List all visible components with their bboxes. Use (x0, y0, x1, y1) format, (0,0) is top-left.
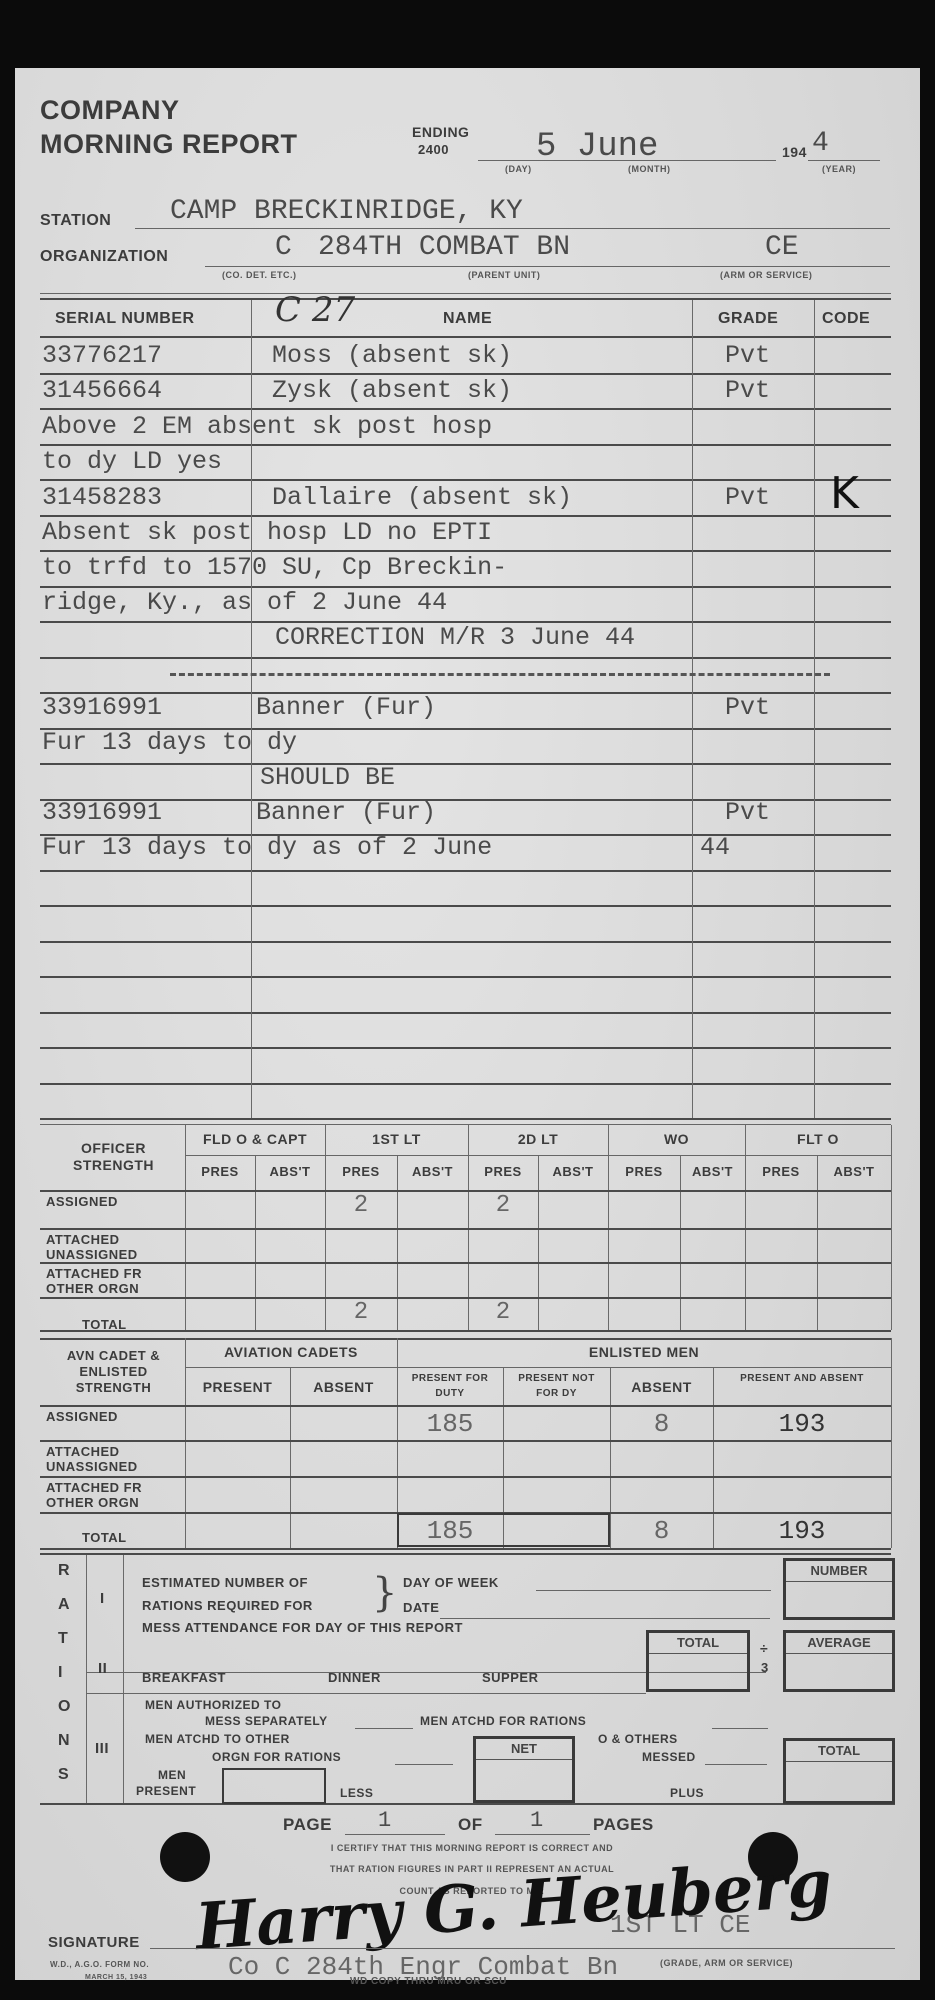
mess-total-label: TOTAL (649, 1633, 747, 1654)
men-atchd-other-label1: MEN ATCHD TO OTHER (145, 1732, 290, 1746)
others-label1: O & OTHERS (598, 1732, 678, 1746)
officer-top-rule-2 (40, 1124, 891, 1125)
entry-row-rule (40, 905, 891, 907)
entry-row-rule (40, 976, 891, 978)
officer-sub-header: ABS'T (255, 1164, 325, 1179)
row4-text: to dy LD yes (42, 447, 222, 476)
enlisted-row-label: TOTAL (82, 1530, 217, 1545)
officer-row-rule (40, 1297, 891, 1299)
punch-hole-left (160, 1832, 210, 1882)
year-caption: (YEAR) (822, 164, 856, 174)
enlisted-col-divider (891, 1338, 892, 1548)
enlisted-sub-header: ABSENT (613, 1379, 710, 1395)
divider-name-grade (692, 300, 693, 1118)
header-bottom-rule (40, 336, 891, 338)
header-name: NAME (443, 310, 492, 328)
mess-attendance-label: MESS ATTENDANCE FOR DAY OF THIS REPORT (142, 1620, 463, 1635)
average-label: AVERAGE (786, 1633, 892, 1654)
rations-top-rule (40, 1553, 891, 1555)
pages-line (495, 1834, 590, 1835)
officer-cell-value: 2 (325, 1192, 397, 1219)
rations-total-label: TOTAL (786, 1741, 892, 1762)
men-present-label1: MEN (158, 1768, 186, 1782)
officer-strength-title: OFFICER STRENGTH (42, 1140, 185, 1174)
date-value: 5 June (536, 128, 658, 166)
supper-label: SUPPER (482, 1670, 538, 1685)
enlisted-row-label: ATTACHED FR OTHER ORGN (46, 1480, 181, 1510)
men-authorized-label2: MESS SEPARATELY (205, 1714, 328, 1728)
enlisted-strength-title: AVN CADET & ENLISTED STRENGTH (42, 1348, 185, 1396)
rations-day-of-week: DAY OF WEEK (403, 1575, 499, 1590)
rations-bottom-rule (40, 1803, 895, 1805)
officer-sub-header: PRES (325, 1164, 397, 1179)
officer-row-label: ATTACHED FR OTHER ORGN (46, 1266, 181, 1296)
men-authorized-label1: MEN AUTHORIZED TO (145, 1698, 282, 1712)
enlisted-row-rule (40, 1548, 891, 1550)
enlisted-row-rule (40, 1405, 891, 1407)
divide-icon: ÷ (760, 1640, 768, 1656)
officer-col-divider (255, 1155, 256, 1330)
average-box[interactable]: AVERAGE (783, 1630, 895, 1692)
year-prefix: 194 (782, 144, 807, 160)
entry-row-rule (40, 408, 891, 410)
entry-row-rule (40, 373, 891, 375)
row9-correction: CORRECTION M/R 3 June 44 (275, 623, 635, 652)
others-label2: MESSED (642, 1750, 696, 1764)
others-messed-line (705, 1764, 767, 1765)
row13-should-be: SHOULD BE (260, 763, 395, 792)
officer-cell-value: 2 (468, 1192, 538, 1219)
entry-row-rule (40, 1047, 891, 1049)
orgn-for-rations-line (395, 1764, 453, 1765)
enlisted-cell-value: 193 (713, 1516, 891, 1546)
row5-name: Dallaire (absent sk) (272, 483, 572, 512)
rations-date: DATE (403, 1600, 439, 1615)
row11-name: Banner (Fur) (256, 693, 436, 722)
enlisted-cell-value: 193 (713, 1409, 891, 1439)
rations-side-letter: O (58, 1698, 71, 1716)
station-label: STATION (40, 212, 111, 230)
officer-sub-header: PRES (608, 1164, 680, 1179)
officer-sub-header: ABS'T (397, 1164, 468, 1179)
net-label: NET (476, 1739, 572, 1760)
day-of-week-line (536, 1590, 771, 1591)
officer-subheader-rule (185, 1155, 891, 1156)
men-present-box[interactable] (222, 1768, 326, 1804)
page-value: 1 (378, 1808, 391, 1833)
officer-row-rule (40, 1228, 891, 1230)
station-value: CAMP BRECKINRIDGE, KY (170, 196, 523, 227)
entry-row-rule (40, 479, 891, 481)
enlisted-row-rule (40, 1440, 891, 1442)
officer-group-header: FLD O & CAPT (185, 1131, 325, 1147)
officer-top-rule (40, 1118, 891, 1120)
rations-sec1-num: I (100, 1590, 105, 1607)
officer-sub-header: ABS'T (680, 1164, 745, 1179)
enlisted-total-present-box (397, 1513, 610, 1547)
men-atchd-for-rations: MEN ATCHD FOR RATIONS (420, 1714, 586, 1728)
ration-number-box[interactable]: NUMBER (783, 1558, 895, 1620)
row7-text: to trfd to 1570 SU, Cp Breckin- (42, 553, 507, 582)
rations-side-letter: T (58, 1630, 68, 1648)
signature-label: SIGNATURE (48, 1934, 140, 1951)
entry-row-rule (40, 550, 891, 552)
signature-line (150, 1948, 895, 1949)
enlisted-col-divider (290, 1367, 291, 1548)
entry-row-rule (40, 870, 891, 872)
copy-note: WD COPY THRU MRU OR SCU (350, 1976, 507, 1987)
officer-col-divider (817, 1155, 818, 1330)
officer-group-header: WO (608, 1131, 745, 1147)
table-top-rule (40, 293, 891, 294)
row12-text: Fur 13 days to dy (42, 728, 297, 757)
officer-cell-value: 2 (468, 1299, 538, 1326)
ending-time: 2400 (418, 142, 449, 157)
entry-row-rule (40, 515, 891, 517)
officer-group-header: 2D LT (468, 1131, 608, 1147)
officer-col-divider (397, 1155, 398, 1330)
org-caption-co: (CO. DET. ETC.) (222, 270, 297, 280)
org-caption-arm: (ARM OR SERVICE) (720, 270, 812, 280)
row11-grade: Pvt (725, 693, 770, 722)
row2-grade: Pvt (725, 376, 770, 405)
officer-row-rule (40, 1190, 891, 1192)
enlisted-row-label: ASSIGNED (46, 1409, 181, 1424)
enlisted-cell-value: 8 (610, 1409, 713, 1439)
officer-sub-header: ABS'T (817, 1164, 891, 1179)
row11-serial: 33916991 (42, 693, 162, 722)
officer-row-label: ATTACHED UNASSIGNED (46, 1232, 181, 1262)
row15-text: Fur 13 days to dy as of 2 June (42, 833, 492, 862)
atchd-for-rations-line (712, 1728, 768, 1729)
organization-arm: CE (765, 232, 799, 263)
entry-row-rule (40, 941, 891, 943)
mess-separately-line (355, 1728, 413, 1729)
enlisted-row-rule (40, 1476, 891, 1478)
enlisted-sub-header: PRESENT (188, 1379, 287, 1395)
mess-total-box[interactable]: TOTAL (646, 1630, 750, 1692)
entry-row-rule (40, 1083, 891, 1085)
header-code: CODE (822, 310, 870, 328)
rations-sec1-label2: RATIONS REQUIRED FOR (142, 1598, 313, 1613)
officer-col-divider (538, 1155, 539, 1330)
rations-side-letter: A (58, 1596, 70, 1614)
less-label: LESS (340, 1786, 373, 1800)
row8-text: ridge, Ky., as of 2 June 44 (42, 588, 447, 617)
enlisted-sub-header: PRESENT FOR DUTY (400, 1371, 500, 1401)
enlisted-cell-value: 185 (397, 1409, 503, 1439)
header-serial-number: SERIAL NUMBER (55, 310, 195, 328)
entry-row-rule (40, 1012, 891, 1014)
enlisted-subheader-rule (185, 1367, 891, 1368)
number-box-label: NUMBER (786, 1561, 892, 1582)
row15-grade-extra: 44 (700, 833, 730, 862)
officer-row-label: ASSIGNED (46, 1194, 181, 1209)
brace-icon: } (372, 1570, 397, 1616)
row5-grade: Pvt (725, 483, 770, 512)
date-field-line (440, 1618, 770, 1619)
form-date: MARCH 15, 1943 (85, 1974, 147, 1981)
rations-num-divider (123, 1555, 124, 1803)
separator-dashed-line (170, 673, 830, 676)
grade-caption: (GRADE, ARM OR SERVICE) (660, 1958, 793, 1968)
page-label: PAGE (283, 1815, 332, 1835)
rations-sec3-num: III (95, 1740, 109, 1757)
dinner-label: DINNER (328, 1670, 381, 1685)
officer-col-divider (891, 1125, 892, 1330)
rations-sec2-bottom (86, 1693, 646, 1694)
row1-grade: Pvt (725, 341, 770, 370)
men-present-label2: PRESENT (136, 1784, 196, 1798)
rations-sec1-label1: ESTIMATED NUMBER OF (142, 1575, 308, 1590)
officer-group-header: FLT O (745, 1131, 891, 1147)
rations-side-letter: S (58, 1766, 69, 1784)
officer-row-label: TOTAL (82, 1317, 217, 1332)
row6-text: Absent sk post hosp LD no EPTI (42, 518, 492, 547)
enlisted-sub-header: PRESENT AND ABSENT (716, 1371, 888, 1386)
rations-side-letter: N (58, 1732, 70, 1750)
of-label: OF (458, 1815, 483, 1835)
enlisted-top-rule (40, 1338, 891, 1340)
organization-company: C (275, 232, 292, 263)
enlisted-cell-value: 8 (610, 1516, 713, 1546)
day-caption: (DAY) (505, 164, 532, 174)
officer-col-divider (680, 1155, 681, 1330)
row14-grade: Pvt (725, 798, 770, 827)
officer-group-header: 1ST LT (325, 1131, 468, 1147)
enlisted-sub-header: ABSENT (293, 1379, 394, 1395)
header-grade: GRADE (718, 310, 778, 328)
rations-sec2-num: II (98, 1660, 107, 1677)
officer-sub-header: PRES (185, 1164, 255, 1179)
enlisted-row-label: ATTACHED UNASSIGNED (46, 1444, 181, 1474)
enlisted-men-header: ENLISTED MEN (397, 1344, 891, 1360)
row14-serial: 33916991 (42, 798, 162, 827)
row14-name: Banner (Fur) (256, 798, 436, 827)
row1-name: Moss (absent sk) (272, 341, 512, 370)
aviation-cadets-header: AVIATION CADETS (185, 1344, 397, 1360)
certify-line1: I CERTIFY THAT THIS MORNING REPORT IS CO… (262, 1843, 682, 1853)
pages-value: 1 (530, 1808, 543, 1833)
rations-side-letter: R (58, 1562, 70, 1580)
row3-text: Above 2 EM absent sk post hosp (42, 412, 492, 441)
rations-side-letter: I (58, 1664, 63, 1682)
entry-row-rule (40, 444, 891, 446)
row5-serial: 31458283 (42, 483, 162, 512)
row2-serial: 31456664 (42, 376, 162, 405)
divide-by-value: 3 (761, 1660, 769, 1675)
entry-row-rule (40, 763, 891, 765)
organization-line (205, 266, 890, 267)
enlisted-sub-header: PRESENT NOT FOR DY (506, 1371, 607, 1401)
form-title-line1: COMPANY (40, 94, 180, 126)
year-suffix: 4 (812, 128, 829, 159)
entry-row-rule (40, 657, 891, 659)
org-caption-parent: (PARENT UNIT) (468, 270, 540, 280)
row2-name: Zysk (absent sk) (272, 376, 512, 405)
form-title-line2: MORNING REPORT (40, 128, 298, 160)
rations-letter-divider (86, 1555, 87, 1803)
divider-grade-code (814, 300, 815, 1118)
officer-cell-value: 2 (325, 1299, 397, 1326)
pages-label: PAGES (593, 1815, 654, 1835)
handwritten-note: C 27 (275, 290, 355, 330)
row1-serial: 33776217 (42, 341, 162, 370)
officer-row-rule (40, 1262, 891, 1264)
table-top-rule-2 (40, 298, 891, 300)
form-number: W.D., A.G.O. FORM NO. (50, 1960, 149, 1969)
station-line (135, 228, 890, 229)
organization-parent: 284TH COMBAT BN (318, 232, 570, 263)
ending-label: ENDING (412, 124, 469, 140)
page-line (345, 1834, 445, 1835)
officer-sub-header: PRES (745, 1164, 817, 1179)
month-caption: (MONTH) (628, 164, 671, 174)
net-box[interactable]: NET (473, 1736, 575, 1803)
plus-label: PLUS (670, 1786, 704, 1800)
officer-sub-header: PRES (468, 1164, 538, 1179)
year-line (808, 160, 880, 161)
breakfast-label: BREAKFAST (142, 1670, 226, 1685)
men-atchd-other-label2: ORGN FOR RATIONS (212, 1750, 341, 1764)
rations-total-box[interactable]: TOTAL (783, 1738, 895, 1804)
officer-sub-header: ABS'T (538, 1164, 608, 1179)
organization-label: ORGANIZATION (40, 248, 168, 266)
row5-code: K (830, 468, 859, 519)
enlisted-col-divider (185, 1338, 186, 1548)
